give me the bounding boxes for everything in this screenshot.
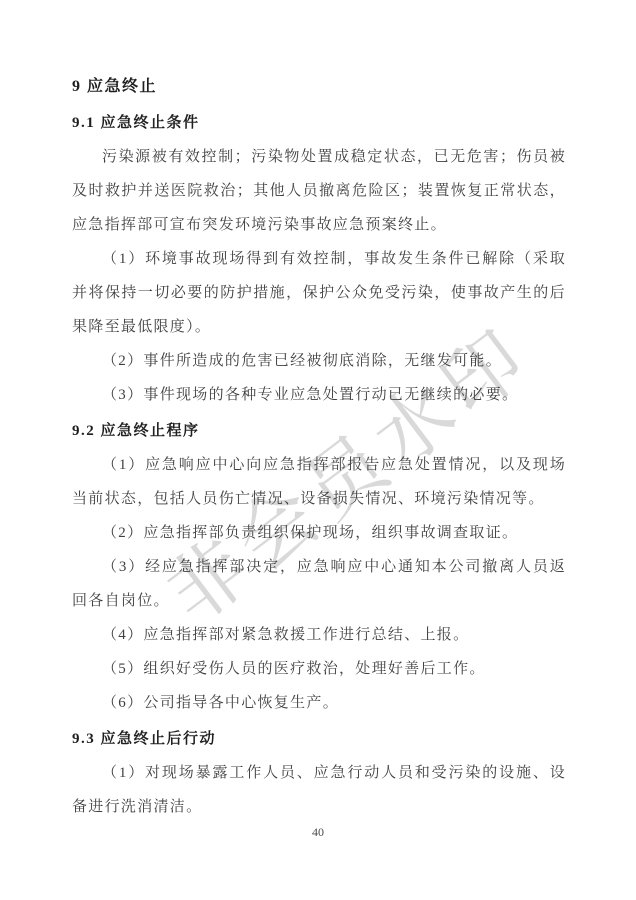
para-9-2-item-4: （4）应急指挥部对紧急救援工作进行总结、上报。 bbox=[72, 618, 566, 652]
para-9-1-item-2: （2）事件所造成的危害已经被彻底消除，无继发可能。 bbox=[72, 344, 566, 378]
para-9-2-item-3: （3）经应急指挥部决定，应急响应中心通知本公司撤离人员返回各自岗位。 bbox=[72, 550, 566, 618]
page-number: 40 bbox=[0, 825, 636, 840]
section-heading-9-2: 9.2 应急终止程序 bbox=[72, 414, 566, 448]
para-9-2-item-6: （6）公司指导各中心恢复生产。 bbox=[72, 686, 566, 720]
document-body: 9 应急终止 9.1 应急终止条件 污染源被有效控制；污染物处置成稳定状态，已无… bbox=[72, 70, 566, 824]
para-9-1-item-1: （1）环境事故现场得到有效控制，事故发生条件已解除（采取并将保持一切必要的防护措… bbox=[72, 242, 566, 344]
para-9-2-item-2: （2）应急指挥部负责组织保护现场，组织事故调查取证。 bbox=[72, 516, 566, 550]
para-9-3-item-1: （1）对现场暴露工作人员、应急行动人员和受污染的设施、设备进行洗消清洁。 bbox=[72, 756, 566, 824]
document-page: 非会员水印 9 应急终止 9.1 应急终止条件 污染源被有效控制；污染物处置成稳… bbox=[0, 0, 636, 900]
section-heading-9-3: 9.3 应急终止后行动 bbox=[72, 722, 566, 756]
para-9-2-item-1: （1）应急响应中心向应急指挥部报告应急处置情况，以及现场当前状态，包括人员伤亡情… bbox=[72, 448, 566, 516]
section-heading-9-1: 9.1 应急终止条件 bbox=[72, 106, 566, 140]
para-9-2-item-5: （5）组织好受伤人员的医疗救治，处理好善后工作。 bbox=[72, 652, 566, 686]
para-9-1-item-3: （3）事件现场的各种专业应急处置行动已无继续的必要。 bbox=[72, 378, 566, 412]
section-heading-9: 9 应急终止 bbox=[72, 70, 566, 104]
para-9-1-intro: 污染源被有效控制；污染物处置成稳定状态，已无危害；伤员被及时救护并送医院救治；其… bbox=[72, 140, 566, 242]
